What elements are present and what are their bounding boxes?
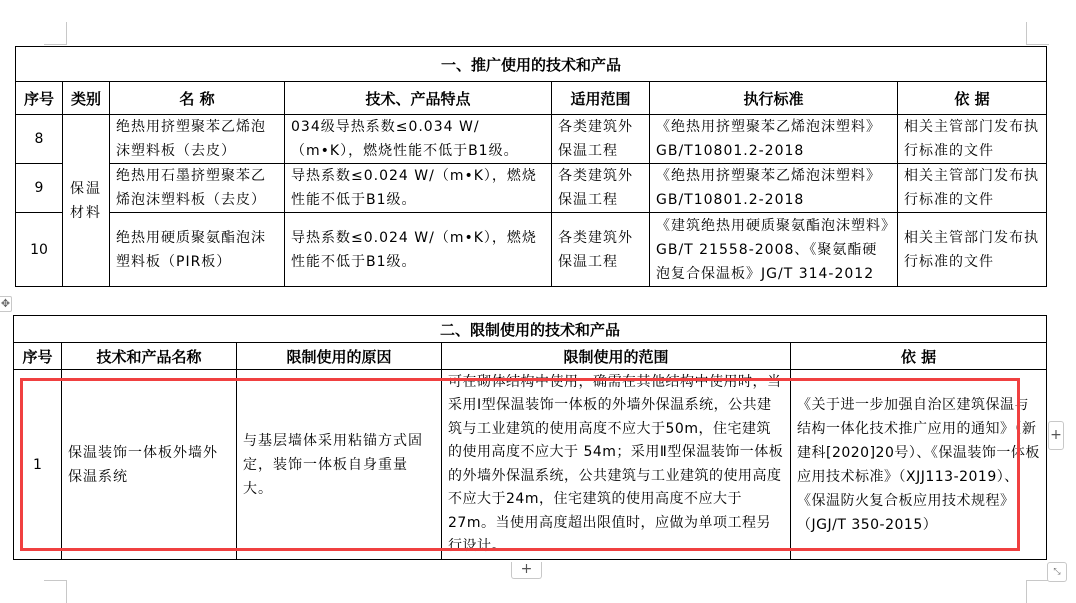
table-title[interactable]: 二、限制使用的技术和产品	[14, 316, 1047, 343]
page-corner-mark	[1026, 580, 1049, 603]
application-scope[interactable]: 各类建筑外保温工程	[552, 164, 650, 213]
add-column-button[interactable]: +	[1048, 421, 1064, 450]
header-cell[interactable]: 限制使用的原因	[237, 343, 442, 370]
basis[interactable]: 相关主管部门发布执行标准的文件	[898, 115, 1047, 164]
page-corner-mark	[1026, 22, 1049, 45]
header-cell[interactable]: 执行标准	[650, 82, 898, 115]
execution-standard[interactable]: 《建筑绝热用硬质聚氨酯泡沫塑料》GB/T 21558-2008、《聚氨酯硬泡复合…	[650, 213, 898, 287]
row-number[interactable]: 8	[16, 115, 63, 164]
row-number[interactable]: 9	[16, 164, 63, 213]
product-features[interactable]: 034级导热系数≤0.034 W/（m•K），燃烧性能不低于B1级。	[285, 115, 552, 164]
product-name[interactable]: 绝热用硬质聚氨酯泡沫塑料板（PIR板）	[110, 213, 285, 287]
header-cell[interactable]: 序号	[14, 343, 62, 370]
table-header-row: 序号 技术和产品名称 限制使用的原因 限制使用的范围 依 据	[14, 343, 1047, 370]
restricted-tech-table[interactable]: 二、限制使用的技术和产品 序号 技术和产品名称 限制使用的原因 限制使用的范围 …	[13, 315, 1047, 560]
header-cell[interactable]: 名 称	[110, 82, 285, 115]
add-row-button[interactable]: +	[511, 562, 542, 579]
page-corner-mark	[44, 22, 67, 45]
restriction-range[interactable]: 可在砌体结构中使用，确需在其他结构中使用时，当采用Ⅰ型保温装饰一体板的外墙外保温…	[442, 370, 791, 560]
row-number[interactable]: 1	[14, 370, 62, 560]
product-features[interactable]: 导热系数≤0.024 W/（m•K），燃烧性能不低于B1级。	[285, 213, 552, 287]
table-resize-icon[interactable]: ⤡	[1047, 562, 1067, 582]
product-features[interactable]: 导热系数≤0.024 W/（m•K），燃烧性能不低于B1级。	[285, 164, 552, 213]
header-cell[interactable]: 技术、产品特点	[285, 82, 552, 115]
table-move-icon[interactable]: ✥	[0, 296, 12, 312]
execution-standard[interactable]: 《绝热用挤塑聚苯乙烯泡沫塑料》GB/T10801.2-2018	[650, 164, 898, 213]
table-row: 8 保温材料 绝热用挤塑聚苯乙烯泡沫塑料板（去皮） 034级导热系数≤0.034…	[16, 115, 1047, 164]
basis[interactable]: 相关主管部门发布执行标准的文件	[898, 164, 1047, 213]
header-cell[interactable]: 类别	[63, 82, 110, 115]
header-cell[interactable]: 依 据	[791, 343, 1047, 370]
execution-standard[interactable]: 《绝热用挤塑聚苯乙烯泡沫塑料》GB/T10801.2-2018	[650, 115, 898, 164]
table-row: 1 保温装饰一体板外墙外保温系统 与基层墙体采用粘锚方式固定，装饰一体板自身重量…	[14, 370, 1047, 560]
product-name[interactable]: 绝热用石墨挤塑聚苯乙烯泡沫塑料板（去皮）	[110, 164, 285, 213]
application-scope[interactable]: 各类建筑外保温工程	[552, 213, 650, 287]
header-cell[interactable]: 依 据	[898, 82, 1047, 115]
product-name[interactable]: 保温装饰一体板外墙外保温系统	[62, 370, 237, 560]
header-cell[interactable]: 序号	[16, 82, 63, 115]
table-row: 10 绝热用硬质聚氨酯泡沫塑料板（PIR板） 导热系数≤0.024 W/（m•K…	[16, 213, 1047, 287]
table-row: 9 绝热用石墨挤塑聚苯乙烯泡沫塑料板（去皮） 导热系数≤0.024 W/（m•K…	[16, 164, 1047, 213]
table-title[interactable]: 一、推广使用的技术和产品	[16, 47, 1047, 82]
basis[interactable]: 《关于进一步加强自治区建筑保温与结构一体化技术推广应用的通知》（新建科[2020…	[791, 370, 1047, 560]
application-scope[interactable]: 各类建筑外保温工程	[552, 115, 650, 164]
page-corner-mark	[44, 580, 67, 603]
header-cell[interactable]: 技术和产品名称	[62, 343, 237, 370]
table-header-row: 序号 类别 名 称 技术、产品特点 适用范围 执行标准 依 据	[16, 82, 1047, 115]
category-cell[interactable]: 保温材料	[63, 115, 110, 287]
header-cell[interactable]: 限制使用的范围	[442, 343, 791, 370]
promoted-tech-table[interactable]: 一、推广使用的技术和产品 序号 类别 名 称 技术、产品特点 适用范围 执行标准…	[15, 46, 1047, 287]
product-name[interactable]: 绝热用挤塑聚苯乙烯泡沫塑料板（去皮）	[110, 115, 285, 164]
restriction-reason[interactable]: 与基层墙体采用粘锚方式固定，装饰一体板自身重量大。	[237, 370, 442, 560]
row-number[interactable]: 10	[16, 213, 63, 287]
header-cell[interactable]: 适用范围	[552, 82, 650, 115]
basis[interactable]: 相关主管部门发布执行标准的文件	[898, 213, 1047, 287]
